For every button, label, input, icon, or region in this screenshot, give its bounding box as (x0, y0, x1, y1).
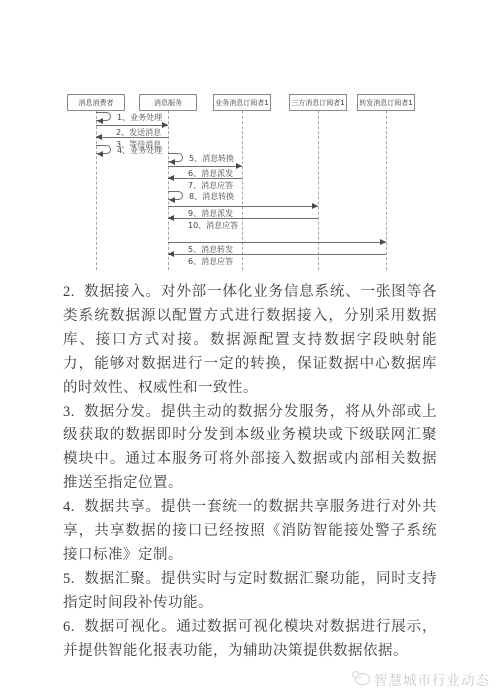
lifeline (386, 111, 387, 270)
article-body: 2.数据接入。对外部一体化业务信息系统、一张图等各类系统数据源以配置方式进行数据… (63, 281, 437, 664)
message-line (168, 254, 386, 255)
message-label: 5、消息转发 (188, 245, 233, 254)
paragraph-number: 2. (63, 284, 75, 300)
message-line (168, 242, 386, 243)
paragraph-text: 数据分发。提供主动的数据分发服务，将从外部或上级获取的数据即时分发到本级业务模块… (63, 404, 437, 492)
message-label: 9、消息派发 (188, 209, 233, 218)
arrowhead-icon (96, 134, 102, 140)
lifeline (318, 111, 319, 270)
message-label: 7、消息应答 (188, 181, 233, 190)
message-label: 6、消息应答 (188, 257, 233, 266)
participant-box: 转发消息订阅者1 (357, 94, 415, 111)
paragraph-data-distribution: 3.数据分发。提供主动的数据分发服务，将从外部或上级获取的数据即时分发到本级业务… (63, 401, 437, 497)
message-label: 2、发送消息 (116, 128, 161, 137)
paragraph-number: 4. (63, 499, 75, 515)
message-line (168, 166, 242, 167)
message-label: 1、业务处理 (117, 113, 162, 122)
arrowhead-icon (97, 151, 103, 157)
participant-box: 业务消息订阅者1 (213, 94, 271, 111)
paragraph-number: 5. (63, 571, 75, 587)
participant-box: 消息服务 (139, 94, 197, 111)
watermark: 智慧城市行业动态 (355, 669, 490, 689)
participant-box: 消息消费者 (67, 94, 125, 111)
arrowhead-icon (168, 175, 174, 181)
paragraph-data-access: 2.数据接入。对外部一体化业务信息系统、一张图等各类系统数据源以配置方式进行数据… (63, 281, 437, 401)
arrowhead-icon (168, 215, 174, 221)
message-label: 10、消息应答 (188, 221, 238, 230)
arrowhead-icon (162, 122, 168, 128)
smiley-face-icon (355, 673, 370, 685)
participant-box: 三方消息订阅者1 (289, 94, 347, 111)
paragraph-text: 数据共享。提供一套统一的数据共享服务进行对外共享，共享数据的接口已经按照《消防智… (63, 499, 437, 563)
message-line (168, 218, 318, 219)
message-label: 5、消息转换 (189, 154, 234, 163)
paragraph-data-aggregation: 5.数据汇聚。提供实时与定时数据汇聚功能，同时支持指定时间段补传功能。 (63, 568, 437, 616)
message-line (96, 125, 168, 126)
watermark-text: 智慧城市行业动态 (374, 669, 490, 689)
arrowhead-icon (169, 197, 175, 203)
arrowhead-icon (168, 251, 174, 257)
message-line (168, 206, 318, 207)
paragraph-text: 数据接入。对外部一体化业务信息系统、一张图等各类系统数据源以配置方式进行数据接入… (63, 284, 437, 396)
message-line (168, 178, 242, 179)
message-label: 6、消息派发 (188, 169, 233, 178)
paragraph-data-visualization: 6.数据可视化。通过数据可视化模块对数据进行展示，并提供智能化报表功能，为辅助决… (63, 616, 437, 664)
paragraph-text: 数据可视化。通过数据可视化模块对数据进行展示，并提供智能化报表功能，为辅助决策提… (63, 619, 437, 659)
lifeline (242, 111, 243, 270)
arrowhead-icon (169, 159, 175, 165)
sequence-diagram: 消息消费者消息服务业务消息订阅者1三方消息订阅者1转发消息订阅者11、业务处理2… (0, 0, 498, 280)
arrowhead-icon (380, 239, 386, 245)
arrowhead-icon (97, 118, 103, 124)
message-label: 4、业务处理 (117, 146, 162, 155)
paragraph-data-sharing: 4.数据共享。提供一套统一的数据共享服务进行对外共享，共享数据的接口已经按照《消… (63, 496, 437, 568)
message-label: 8、消息转换 (189, 192, 234, 201)
message-line (96, 137, 168, 138)
arrowhead-icon (312, 203, 318, 209)
paragraph-number: 3. (63, 404, 75, 420)
paragraph-text: 数据汇聚。提供实时与定时数据汇聚功能，同时支持指定时间段补传功能。 (63, 571, 437, 611)
paragraph-number: 6. (63, 619, 75, 635)
arrowhead-icon (236, 163, 242, 169)
